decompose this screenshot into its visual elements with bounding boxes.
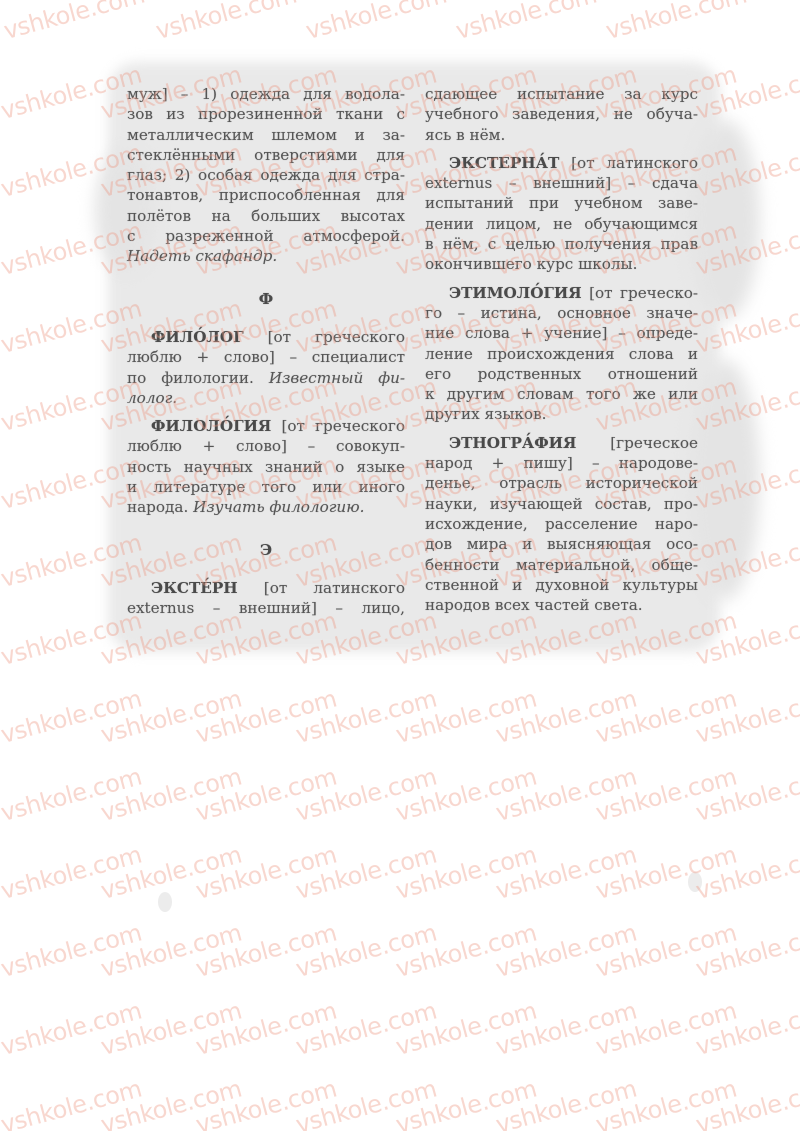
watermark-text: vshkole.com bbox=[98, 763, 245, 827]
watermark-text: vshkole.com bbox=[393, 919, 540, 983]
scan-smudge bbox=[690, 120, 760, 320]
watermark-text: vshkole.com bbox=[293, 919, 440, 983]
watermark-text: vshkole.com bbox=[393, 763, 540, 827]
text-line: к другим словам того же или bbox=[425, 384, 698, 404]
continued-entry-ekstern: сдающее испытание за курс учебного завед… bbox=[425, 84, 698, 145]
entry-ekstern: ЭКСТЕ́РН [от латинского externus – внешн… bbox=[127, 578, 405, 619]
watermark-text: vshkole.com bbox=[693, 1075, 800, 1131]
text-line: ние слова + учение] – опреде- bbox=[425, 323, 698, 343]
text-line: народ + пишу] – народове- bbox=[425, 453, 698, 473]
text-line: металлическим шлемом и за- bbox=[127, 125, 405, 145]
continued-entry-skafandr: муж] – 1) одежда для водола- зов из прор… bbox=[127, 84, 405, 267]
text-line: его родственных отношений bbox=[425, 364, 698, 384]
text-line: окончившего курс школы. bbox=[425, 254, 698, 274]
watermark-text: vshkole.com bbox=[193, 841, 340, 905]
watermark-text: vshkole.com bbox=[493, 1075, 640, 1131]
watermark-text: vshkole.com bbox=[193, 997, 340, 1061]
text-line: [от латинского bbox=[238, 579, 405, 597]
usage-example: Надеть скафандр. bbox=[127, 246, 405, 266]
text-line: сдающее испытание за курс bbox=[425, 84, 698, 104]
scan-speck bbox=[688, 872, 702, 892]
section-letter-e: Э bbox=[127, 540, 405, 560]
watermark-text: vshkole.com bbox=[493, 997, 640, 1061]
text-line: ясь в нём. bbox=[425, 125, 698, 145]
entry-eksternat: ЭКСТЕРНА́Т [от латинского externus – вне… bbox=[425, 153, 698, 275]
watermark-text: vshkole.com bbox=[393, 685, 540, 749]
text-line: народа. bbox=[127, 498, 193, 516]
text-line: дении лицом, не обучающимся bbox=[425, 214, 698, 234]
watermark-text: vshkole.com bbox=[0, 997, 145, 1061]
text-line: externus – внешний] – лицо, bbox=[127, 598, 405, 618]
usage-example: Изучать филологию. bbox=[193, 498, 364, 516]
watermark-text: vshkole.com bbox=[453, 0, 600, 45]
text-line: люблю + слово] – совокуп- bbox=[127, 436, 405, 456]
text-line: го – истина, основное значе- bbox=[425, 303, 698, 323]
text-line: [от греческо- bbox=[582, 284, 698, 302]
text-line: ственной и духовной культуры bbox=[425, 575, 698, 595]
watermark-text: vshkole.com bbox=[393, 997, 540, 1061]
watermark-text: vshkole.com bbox=[193, 763, 340, 827]
watermark-text: vshkole.com bbox=[393, 841, 540, 905]
watermark-text: vshkole.com bbox=[0, 841, 145, 905]
watermark-text: vshkole.com bbox=[98, 685, 245, 749]
headword: ЭКСТЕ́РН bbox=[151, 579, 238, 597]
watermark-text: vshkole.com bbox=[693, 919, 800, 983]
watermark-text: vshkole.com bbox=[593, 1075, 740, 1131]
watermark-text: vshkole.com bbox=[603, 0, 750, 45]
watermark-text: vshkole.com bbox=[593, 685, 740, 749]
headword: ФИЛО́ЛОГ bbox=[151, 328, 244, 346]
text-line: люблю + слово] – специалист bbox=[127, 347, 405, 367]
section-letter-f: Ф bbox=[127, 289, 405, 309]
text-line: [греческое bbox=[576, 434, 698, 452]
text-line: бенности материальной, обще- bbox=[425, 555, 698, 575]
watermark-text: vshkole.com bbox=[293, 841, 440, 905]
watermark-text: vshkole.com bbox=[693, 997, 800, 1061]
text-line: науки, изучающей состав, про- bbox=[425, 494, 698, 514]
text-line: стеклёнными отверстиями для bbox=[127, 145, 405, 165]
left-column: муж] – 1) одежда для водола- зов из прор… bbox=[127, 84, 405, 619]
text-line: [от греческого bbox=[271, 417, 405, 435]
entry-etimologiya: ЭТИМОЛО́ГИЯ [от греческо- го – истина, о… bbox=[425, 283, 698, 425]
watermark-text: vshkole.com bbox=[593, 997, 740, 1061]
watermark-text: vshkole.com bbox=[193, 919, 340, 983]
headword: ЭТНОГРА́ФИЯ bbox=[449, 434, 576, 452]
text-line: externus – внешний] – сдача bbox=[425, 173, 698, 193]
watermark-text: vshkole.com bbox=[293, 685, 440, 749]
headword: ФИЛОЛО́ГИЯ bbox=[151, 417, 271, 435]
text-line: полётов на больших высотах bbox=[127, 206, 405, 226]
watermark-text: vshkole.com bbox=[98, 919, 245, 983]
text-line: [от латинского bbox=[559, 154, 698, 172]
watermark-text: vshkole.com bbox=[293, 997, 440, 1061]
text-line: исхождение, расселение наро- bbox=[425, 514, 698, 534]
scan-smudge bbox=[690, 360, 760, 600]
watermark-text: vshkole.com bbox=[1, 0, 148, 45]
watermark-text: vshkole.com bbox=[98, 841, 245, 905]
watermark-text: vshkole.com bbox=[593, 841, 740, 905]
watermark-text: vshkole.com bbox=[593, 763, 740, 827]
watermark-text: vshkole.com bbox=[493, 685, 640, 749]
watermark-text: vshkole.com bbox=[303, 0, 450, 45]
headword: ЭКСТЕРНА́Т bbox=[449, 154, 559, 172]
entry-filolog: ФИЛО́ЛОГ [от греческого люблю + слово] –… bbox=[127, 327, 405, 408]
text-line: муж] – 1) одежда для водола- bbox=[127, 84, 405, 104]
watermark-text: vshkole.com bbox=[693, 841, 800, 905]
usage-example: Известный фи- bbox=[269, 369, 405, 387]
entry-etnografiya: ЭТНОГРА́ФИЯ [греческое народ + пишу] – н… bbox=[425, 433, 698, 616]
watermark-text: vshkole.com bbox=[493, 763, 640, 827]
watermark-text: vshkole.com bbox=[98, 997, 245, 1061]
text-line: ность научных знаний о языке bbox=[127, 457, 405, 477]
watermark-text: vshkole.com bbox=[153, 0, 300, 45]
watermark-text: vshkole.com bbox=[193, 685, 340, 749]
text-line: зов из прорезиненной ткани с bbox=[127, 104, 405, 124]
text-line: [от греческого bbox=[244, 328, 405, 346]
watermark-text: vshkole.com bbox=[0, 919, 145, 983]
text-line: тонавтов, приспособленная для bbox=[127, 185, 405, 205]
watermark-text: vshkole.com bbox=[593, 919, 740, 983]
watermark-text: vshkole.com bbox=[293, 763, 440, 827]
usage-example: лолог. bbox=[127, 388, 405, 408]
text-line: ление происхождения слова и bbox=[425, 344, 698, 364]
text-line: в нём, с целью получения прав bbox=[425, 234, 698, 254]
text-line: глаз; 2) особая одежда для стра- bbox=[127, 165, 405, 185]
text-line: учебного заведения, не обуча- bbox=[425, 104, 698, 124]
watermark-text: vshkole.com bbox=[0, 685, 145, 749]
scan-speck bbox=[158, 892, 172, 912]
watermark-text: vshkole.com bbox=[493, 919, 640, 983]
text-line: и литературе того или иного bbox=[127, 477, 405, 497]
watermark-text: vshkole.com bbox=[493, 841, 640, 905]
watermark-text: vshkole.com bbox=[193, 1075, 340, 1131]
text-line: других языков. bbox=[425, 404, 698, 424]
watermark-text: vshkole.com bbox=[693, 685, 800, 749]
text-line: с разреженной атмосферой. bbox=[127, 226, 405, 246]
text-line: денье, отрасль исторической bbox=[425, 473, 698, 493]
watermark-text: vshkole.com bbox=[293, 1075, 440, 1131]
text-line: по филологии. bbox=[127, 369, 269, 387]
headword: ЭТИМОЛО́ГИЯ bbox=[449, 284, 582, 302]
watermark-text: vshkole.com bbox=[693, 763, 800, 827]
right-column: сдающее испытание за курс учебного завед… bbox=[425, 84, 698, 615]
text-line: народов всех частей света. bbox=[425, 595, 698, 615]
text-line: испытаний при учебном заве- bbox=[425, 193, 698, 213]
watermark-text: vshkole.com bbox=[393, 1075, 540, 1131]
watermark-text: vshkole.com bbox=[0, 1075, 145, 1131]
watermark-text: vshkole.com bbox=[0, 763, 145, 827]
watermark-text: vshkole.com bbox=[98, 1075, 245, 1131]
text-line: дов мира и выясняющая осо- bbox=[425, 534, 698, 554]
entry-filologiya: ФИЛОЛО́ГИЯ [от греческого люблю + слово]… bbox=[127, 416, 405, 517]
